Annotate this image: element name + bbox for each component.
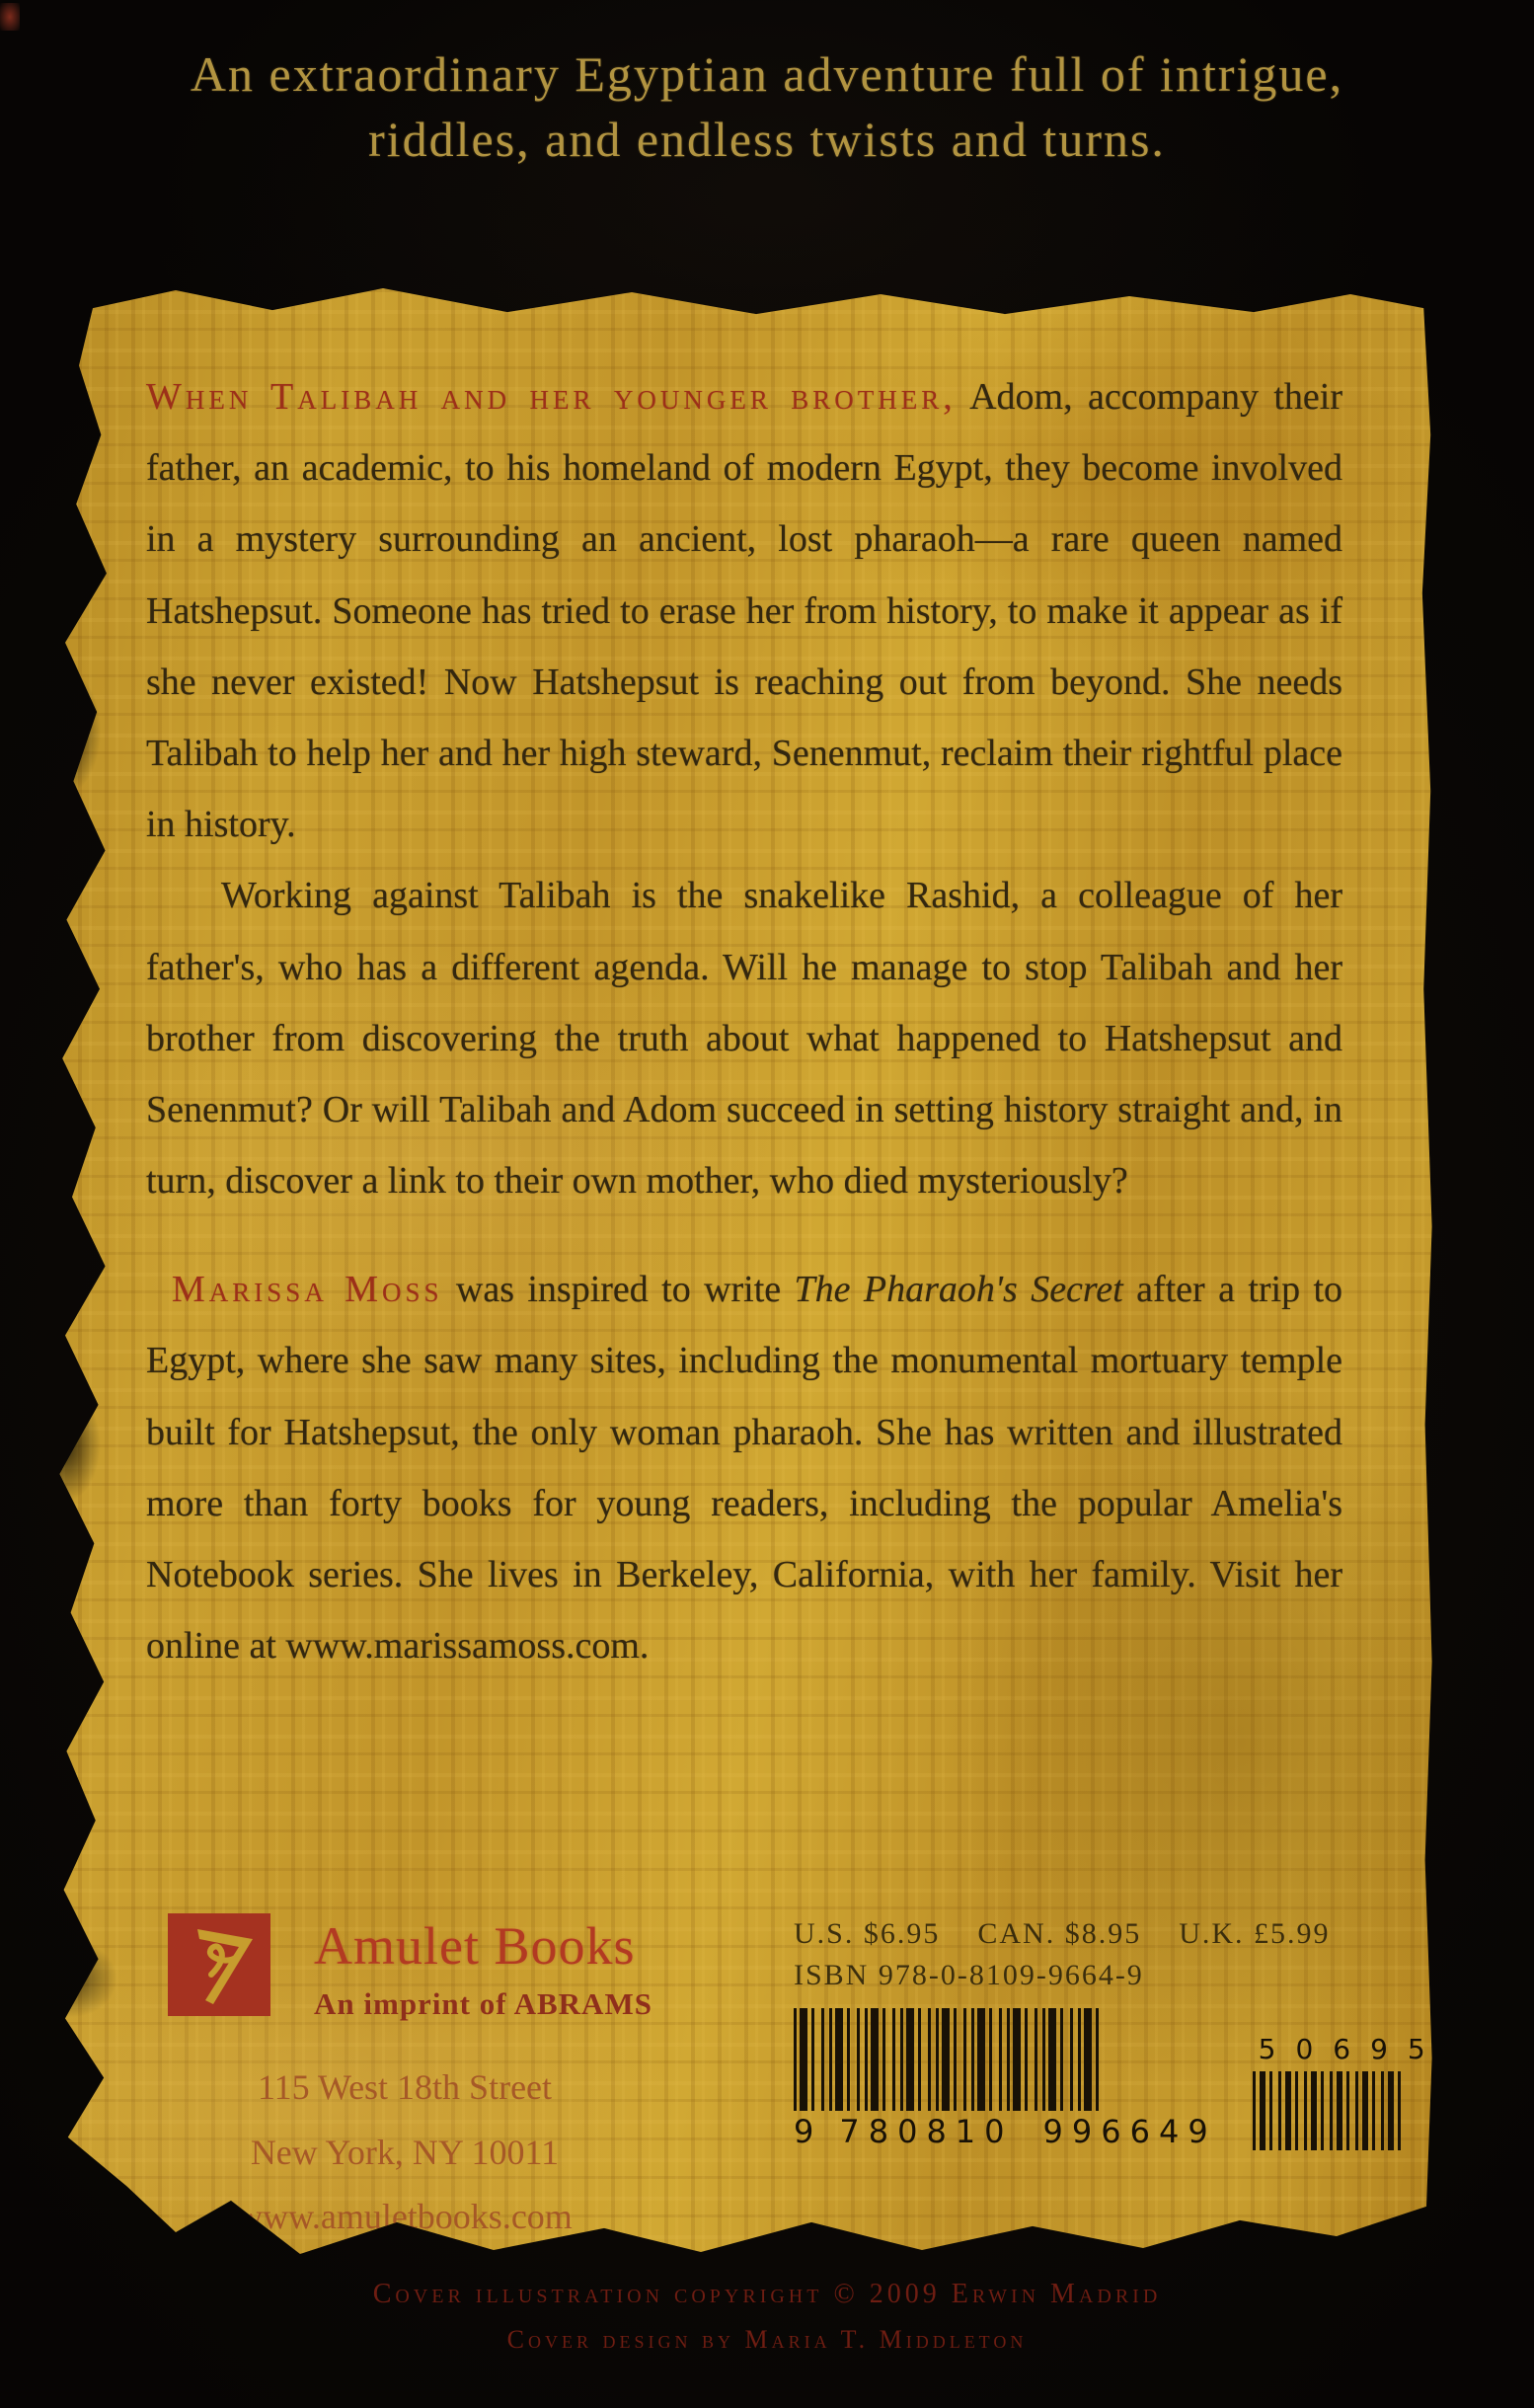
- barcode-digit-group-1: 780810: [839, 2113, 1013, 2150]
- publisher-imprint: An imprint of ABRAMS: [314, 1986, 652, 2022]
- author-bio-paragraph: Marissa Moss was inspired to write The P…: [146, 1254, 1342, 1681]
- barcode-lead-digit: 9: [794, 2113, 813, 2150]
- abrams-logo-icon: [168, 1913, 270, 2016]
- book-title-italic: The Pharaoh's Secret: [795, 1269, 1123, 1310]
- barcode-digits: 9 780810 996649: [794, 2113, 1217, 2150]
- synopsis-lead-caps: When Talibah and her younger brother,: [146, 376, 957, 418]
- scan-artifact: [0, 3, 20, 31]
- price-us: U.S. $6.95: [794, 1917, 940, 1951]
- author-name-caps: Marissa Moss: [172, 1269, 443, 1310]
- book-back-cover: An extraordinary Egyptian adventure full…: [0, 0, 1534, 2408]
- tagline-line-2: riddles, and endless twists and turns.: [0, 107, 1534, 172]
- pricing-block: U.S. $6.95 CAN. $8.95 U.K. £5.99 ISBN 97…: [794, 1917, 1386, 2150]
- publisher-name: Amulet Books: [314, 1919, 652, 1973]
- bio-text-after-title: after a trip to Egypt, where she saw man…: [146, 1269, 1342, 1667]
- price-can: CAN. $8.95: [977, 1917, 1141, 1951]
- isbn-text: ISBN 978-0-8109-9664-9: [794, 1959, 1386, 1992]
- publisher-website: www.amuletbooks.com: [168, 2185, 642, 2250]
- tagline: An extraordinary Egyptian adventure full…: [0, 41, 1534, 172]
- synopsis-paragraph-1: When Talibah and her younger brother, Ad…: [146, 361, 1342, 860]
- publisher-city: New York, NY 10011: [168, 2121, 642, 2186]
- barcode-supplement: 50695: [1253, 2033, 1445, 2150]
- publisher-block: Amulet Books An imprint of ABRAMS 115 We…: [168, 1913, 740, 2250]
- synopsis-paragraph-2: Working against Talibah is the snakelike…: [146, 860, 1342, 1216]
- bio-text-before-title: was inspired to write: [443, 1269, 795, 1310]
- publisher-street: 115 West 18th Street: [168, 2056, 642, 2121]
- price-uk: U.K. £5.99: [1179, 1917, 1330, 1951]
- supplement-bars: [1253, 2071, 1407, 2150]
- barcode-bars: [794, 2008, 1102, 2111]
- tagline-line-1: An extraordinary Egyptian adventure full…: [0, 41, 1534, 107]
- synopsis-paragraph-1-body: Adom, accompany their father, an academi…: [146, 376, 1342, 845]
- illustration-credit: Cover illustration copyright © 2009 Erwi…: [0, 2271, 1534, 2318]
- supplement-digits: 50695: [1253, 2033, 1445, 2065]
- papyrus-sheet: When Talibah and her younger brother, Ad…: [51, 276, 1433, 2256]
- price-line: U.S. $6.95 CAN. $8.95 U.K. £5.99: [794, 1917, 1386, 1951]
- barcode-digit-group-2: 996649: [1043, 2113, 1217, 2150]
- barcode-main: 9 780810 996649: [794, 2008, 1217, 2150]
- barcode-group: 9 780810 996649 50695: [794, 2008, 1386, 2150]
- design-credit: Cover design by Maria T. Middleton: [0, 2318, 1534, 2362]
- publisher-address: 115 West 18th Street New York, NY 10011 …: [168, 2056, 642, 2250]
- back-cover-text: When Talibah and her younger brother, Ad…: [146, 361, 1342, 1681]
- cover-credits: Cover illustration copyright © 2009 Erwi…: [0, 2271, 1534, 2362]
